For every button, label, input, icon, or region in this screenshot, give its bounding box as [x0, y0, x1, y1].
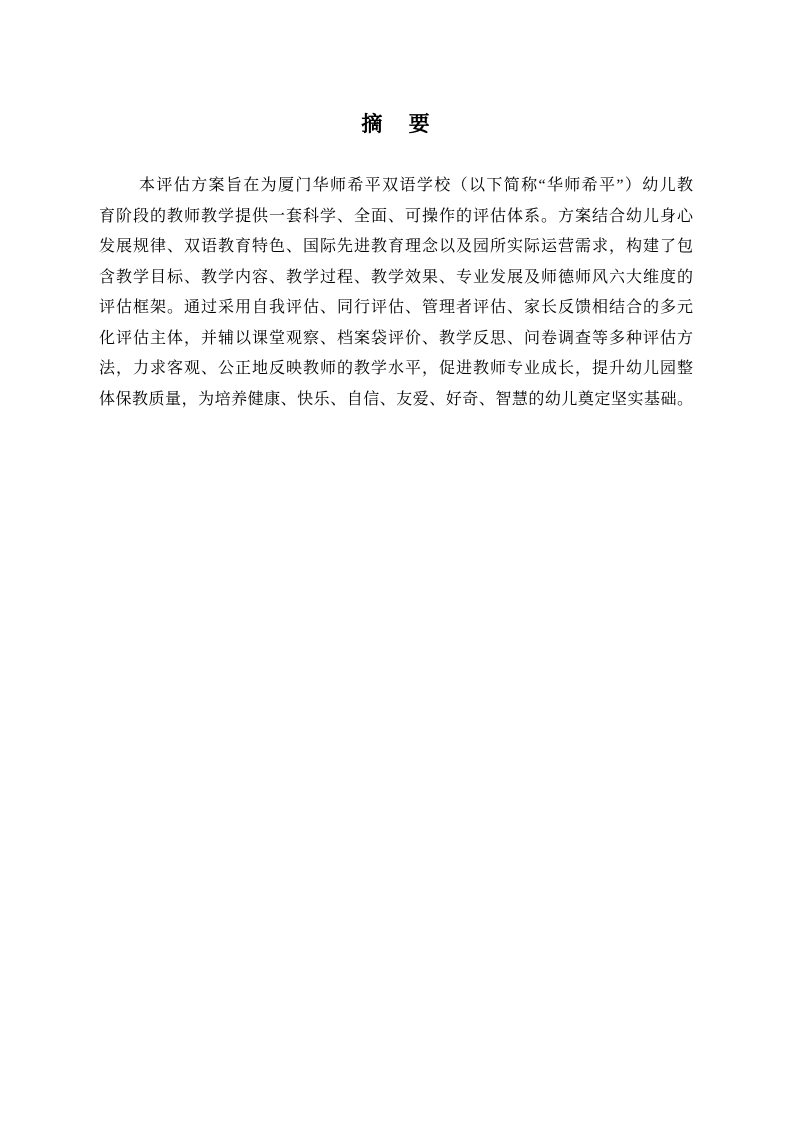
page-title: 摘 要	[99, 112, 693, 136]
document-page: 摘 要 本评估方案旨在为厦门华师希平双语学校（以下简称“华师希平”）幼儿教 育阶…	[0, 0, 793, 1122]
abstract-line: 发展规律、双语教育特色、国际先进教育理念以及园所实际运营需求，构建了包	[99, 232, 693, 263]
abstract-line: 本评估方案旨在为厦门华师希平双语学校（以下简称“华师希平”）幼儿教	[99, 171, 693, 202]
abstract-line: 评估框架。通过采用自我评估、同行评估、管理者评估、家长反馈相结合的多元	[99, 293, 693, 324]
abstract-line: 育阶段的教师教学提供一套科学、全面、可操作的评估体系。方案结合幼儿身心	[99, 202, 693, 233]
abstract-line: 体保教质量，为培养健康、快乐、自信、友爱、好奇、智慧的幼儿奠定坚实基础。	[99, 385, 693, 416]
abstract-line: 化评估主体，并辅以课堂观察、档案袋评价、教学反思、问卷调查等多种评估方	[99, 324, 693, 355]
abstract-paragraph: 本评估方案旨在为厦门华师希平双语学校（以下简称“华师希平”）幼儿教 育阶段的教师…	[99, 171, 693, 415]
abstract-line: 法，力求客观、公正地反映教师的教学水平，促进教师专业成长，提升幼儿园整	[99, 354, 693, 385]
abstract-line: 含教学目标、教学内容、教学过程、教学效果、专业发展及师德师风六大维度的	[99, 263, 693, 294]
